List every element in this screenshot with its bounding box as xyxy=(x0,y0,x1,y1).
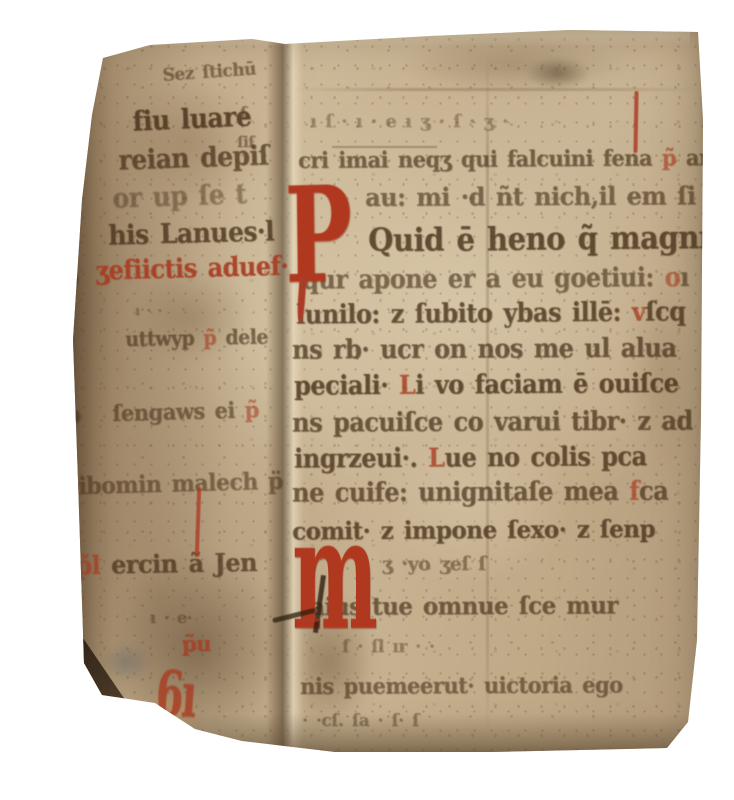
cover-text-line: nis puemeerut· uictoria ego xyxy=(300,673,623,697)
rubric-text: p̃ xyxy=(244,396,259,423)
cover-text-line: au: mi ·d ñt nich,il em ſi xyxy=(365,183,696,210)
ink-text: ercin ã Jen xyxy=(100,547,257,580)
ink-text: ı · e· xyxy=(150,608,192,627)
ink-text: fiu luare xyxy=(132,101,252,137)
spine-rubric-line: 6ı xyxy=(154,663,197,728)
cover-text-line: · ·cſ. ſa · ſ· ſ xyxy=(302,713,419,730)
spine-text-line: or up ſe t xyxy=(112,180,247,212)
cover-text-line: ingrzeui·. Lue no colis pca xyxy=(294,444,647,472)
rubric-text: v xyxy=(632,296,646,327)
spine-text-line: ſengaws ei p̃ xyxy=(112,398,259,424)
ink-text: dele xyxy=(216,325,268,349)
initial-p: P xyxy=(284,169,353,303)
initial-m: M xyxy=(292,498,378,652)
ink-text: ſcq xyxy=(645,295,685,326)
book-cover-photo: Sez ſtichū fiu luare reian depiſ or up ſ… xyxy=(70,25,705,755)
rubric-text: L xyxy=(428,442,445,473)
spine-text-line: his Lanues·l xyxy=(108,218,274,249)
cover-text-line: ʒ ·yo ʒeſ ſ xyxy=(382,555,486,574)
rubric-text: p̃a xyxy=(72,700,91,718)
rubric-text: p̃ xyxy=(203,326,216,350)
ink-text: ingrzeui·. xyxy=(294,442,428,474)
ink-text: au: mi ·d ñt nich,il em ſi xyxy=(365,180,696,212)
ink-text: cri imai neqʒ qui falcuini fena xyxy=(298,144,662,173)
ink-text: or up ſe t xyxy=(112,178,247,214)
rubric-text: p̃ xyxy=(662,144,676,171)
ink-text: ſ xyxy=(240,103,246,122)
rubric-text: 6ı xyxy=(153,657,197,732)
ink-text: ſengaws ei xyxy=(112,396,245,426)
ink-text: ca xyxy=(639,475,668,506)
ink-text: peciali· xyxy=(294,369,399,401)
spine-rubric-line: ʒefiictis aduef· xyxy=(95,253,288,284)
rubric-text: ʒefiictis aduef· xyxy=(95,250,289,286)
ink-text: ı · · xyxy=(135,304,162,319)
rubric-text: p̃l xyxy=(75,549,100,580)
spine-text-line: ſiſ xyxy=(237,135,254,150)
spine-text-line: uttwyp p̃ dele xyxy=(125,328,268,351)
spine-text-line: ı · e· xyxy=(150,610,192,626)
ink-text: qur apone er a eu goetiui: xyxy=(302,261,665,295)
spine-text-line: ſ xyxy=(240,105,246,121)
ink-text: i vo faciam ē ouiſce xyxy=(415,367,678,400)
spine-text-line: ı · · xyxy=(135,305,162,318)
cover-text-line: qur apone er a eu goetiui: oı xyxy=(302,264,689,292)
rubric-text: o xyxy=(664,261,680,292)
cover-text-line: cri imai neqʒ qui falcuini fena p̃ am xyxy=(298,146,721,171)
rubric-text: L xyxy=(399,369,416,400)
ink-text: ʒ ·yo ʒeſ ſ xyxy=(382,553,486,575)
ink-text: nis puemeerut· uictoria ego xyxy=(300,671,623,699)
spine-rubric-line: p̃u xyxy=(182,633,211,654)
ink-text: uttwyp xyxy=(125,327,204,352)
spine-text-line: fiu luare xyxy=(132,103,252,135)
cover-text-line: ns rb· ucr on nos me ul alua xyxy=(292,335,676,363)
ink-text: ns pacuiſce co varui tibr· z ad xyxy=(292,405,693,438)
ink-text: ı xyxy=(680,261,689,292)
ink-text: ı ſ · ı · e ı ʒ · ſ · ʒ · xyxy=(310,111,508,132)
cover-text-line: peciali· Li vo faciam ē ouiſce xyxy=(294,370,678,398)
ink-text: his Lanues·l xyxy=(108,216,275,252)
rubric-text: f xyxy=(629,475,639,506)
ink-text: am xyxy=(676,144,721,171)
spine-text-line: p̃l ercin ã Jen xyxy=(75,550,257,579)
ink-text: ns rb· ucr on nos me ul alua xyxy=(292,332,676,365)
manuscript-photo: Sez ſtichū fiu luare reian depiſ or up ſ… xyxy=(0,0,734,800)
spine-rubric-line: p̃a ſec xyxy=(72,702,123,717)
edge-mark xyxy=(70,480,79,494)
cover-text-line: Quid ē heno q̃ magnr xyxy=(368,222,714,256)
rubric-text: p̃u xyxy=(182,631,211,656)
ink-text: ſec xyxy=(91,700,122,718)
spine-text-line: ibomin malech p̈ xyxy=(78,470,283,499)
ink-text: ſiſ xyxy=(237,133,254,151)
ink-text: ibomin malech p̈ xyxy=(78,468,283,501)
cover-text-line: ı ſ · ı · e ı ʒ · ſ · ʒ · xyxy=(310,113,508,131)
ink-text: ue no colis pca xyxy=(444,440,646,472)
cover-text-line: lunilo: z ſubito ybas illē: vſcq xyxy=(296,299,685,328)
cover-text-line: ns pacuiſce co varui tibr· z ad xyxy=(292,408,693,436)
ink-text: Quid ē heno q̃ magnr xyxy=(368,219,714,259)
ink-text: · ·cſ. ſa · ſ· ſ xyxy=(302,711,419,731)
